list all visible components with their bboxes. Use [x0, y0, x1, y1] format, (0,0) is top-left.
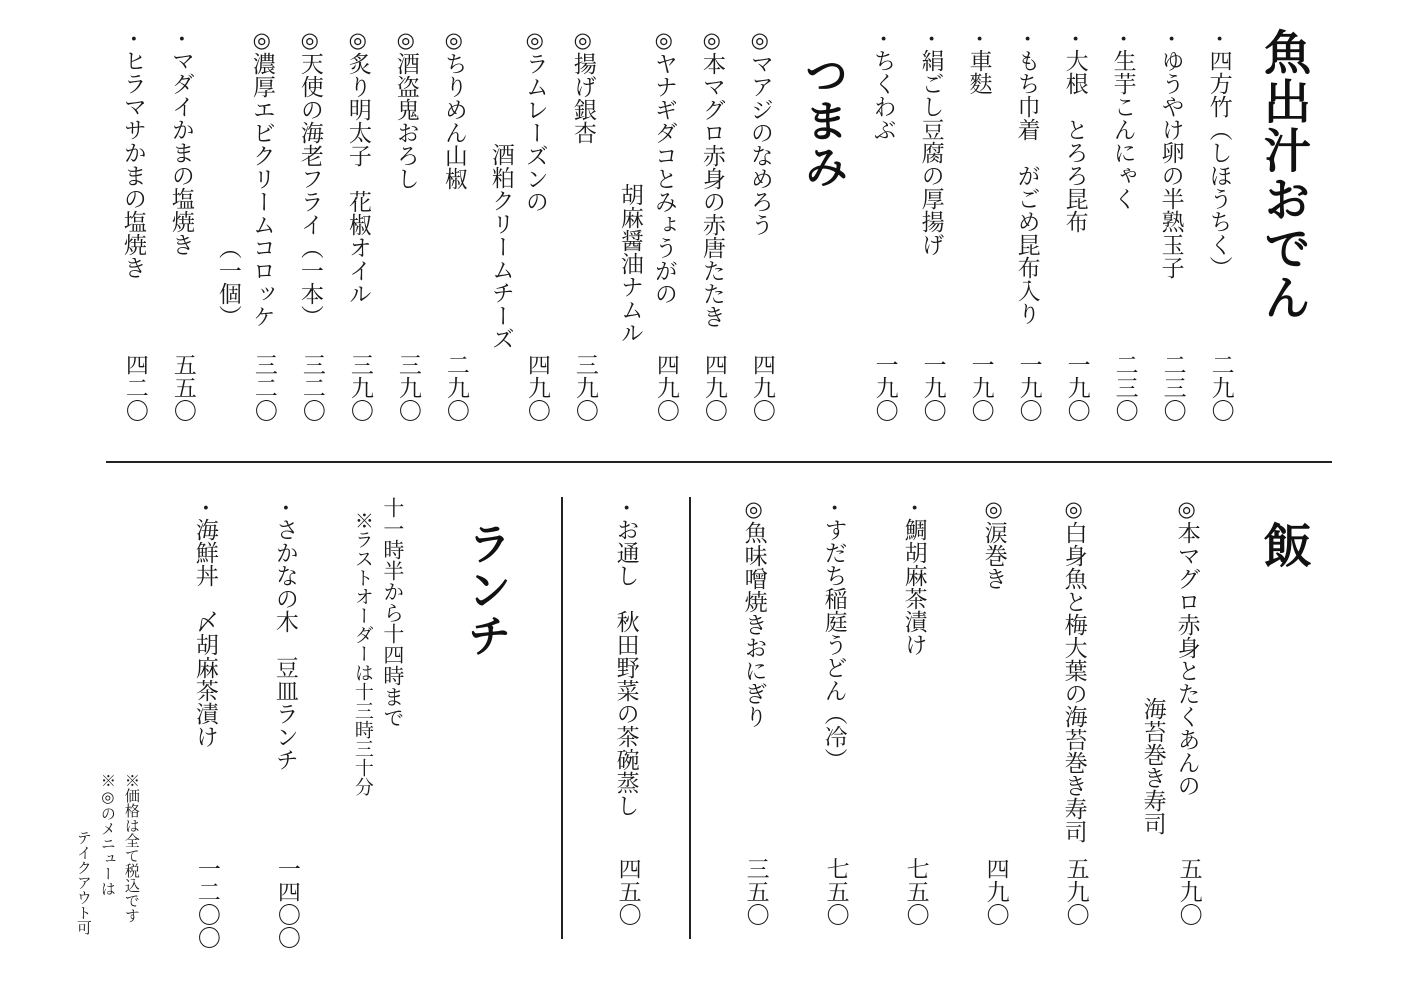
item-name: もち巾着 がごめ昆布入り: [1015, 49, 1040, 325]
item-price: 二三〇: [1161, 353, 1185, 422]
item-name: マアジのなめろう: [748, 52, 773, 236]
item-price: 一二〇〇: [195, 857, 219, 949]
item-name: 生芋こんにゃく: [1111, 49, 1136, 210]
bullet-icon: ・: [822, 497, 846, 518]
item-name: 絹ごし豆腐の厚揚げ: [919, 49, 944, 256]
menu-item: ・お通し 秋田野菜の茶碗蒸し 四五〇: [609, 497, 643, 959]
note-tax: ※価格は全て税込です: [119, 773, 142, 959]
menu-item: ◎ちりめん山椒 二九〇: [437, 28, 471, 430]
item-name: 魚味噌焼きおにぎり: [742, 521, 767, 728]
item-name: 大根 とろろ昆布: [1063, 49, 1088, 233]
bullet-icon: ・: [902, 497, 926, 518]
item-name: マダイかまの塩焼き: [169, 49, 194, 256]
bullet-icon: ・: [871, 28, 895, 49]
menu-item: ◎魚味噌焼きおにぎり 三五〇: [737, 497, 771, 959]
item-name: 鯛胡麻茶漬け: [902, 518, 927, 656]
menu-item: ・鯛胡麻茶漬け 七五〇: [897, 497, 931, 959]
menu-item: ・ゆうやけ卵の半熟玉子 二三〇: [1154, 28, 1188, 430]
bullet-icon: ・: [919, 28, 943, 49]
menu-item: ・絹ごし豆腐の厚揚げ 一九〇: [914, 28, 948, 430]
menu-item: ◎炙り明太子 花椒オイル 三九〇: [341, 28, 375, 430]
menu-item: ◎涙巻き 四九〇: [977, 497, 1011, 959]
item-name: 天使の海老フライ（一本）: [298, 52, 323, 328]
note-takeout-line2: テイクアウト可: [71, 773, 94, 959]
oden-section-title: 魚出汁おでん: [1250, 28, 1316, 430]
item-name: 濃厚エビクリームコロッケ: [250, 52, 275, 328]
item-name: 本マグロ赤身とたくあんの: [1175, 521, 1200, 797]
item-price: 五九〇: [1064, 857, 1088, 926]
double-circle-icon: ◎: [298, 28, 322, 52]
bullet-icon: ・: [1207, 28, 1231, 49]
item-name: ヒラマサかまの塩焼き: [121, 49, 146, 279]
meshi-section-title: 飯: [1250, 521, 1316, 959]
menu-item: ◎ラムレーズンの 酒粕クリームチーズ 四九〇: [485, 28, 552, 430]
menu-item: ◎ヤナギダコとみょうがの 胡麻醤油ナムル 四九〇: [614, 28, 681, 430]
menu-item: ・大根 とろろ昆布 一九〇: [1058, 28, 1092, 430]
menu-page: 魚出汁おでん ・四方竹（しほうちく） 二九〇 ・ゆうやけ卵の半熟玉子 二三〇 ・…: [0, 0, 1416, 1002]
bullet-icon: ・: [1015, 28, 1039, 49]
double-circle-icon: ◎: [742, 497, 766, 521]
menu-item: ・生芋こんにゃく 二三〇: [1106, 28, 1140, 430]
item-name: 本マグロ赤身の赤唐たたき: [700, 52, 725, 328]
item-price: 一九〇: [1017, 353, 1041, 422]
item-price: 一四〇〇: [275, 857, 299, 949]
footnotes: ※価格は全て税込です ※◎のメニューは テイクアウト可: [71, 497, 142, 959]
item-price: 三二〇: [300, 353, 324, 422]
menu-item: ・もち巾着 がごめ昆布入り 一九〇: [1010, 28, 1044, 430]
bullet-icon: ・: [121, 28, 145, 49]
item-price: 四九〇: [750, 353, 774, 422]
bullet-icon: ・: [273, 497, 297, 518]
bullet-icon: ・: [614, 497, 638, 518]
item-price: 四九〇: [984, 857, 1008, 926]
menu-item: ◎天使の海老フライ（一本） 三二〇: [293, 28, 327, 430]
menu-item: ◎本マグロ赤身とたくあんの 海苔巻き寿司 五九〇: [1137, 497, 1204, 959]
vertical-divider: [561, 497, 563, 939]
bullet-icon: ・: [967, 28, 991, 49]
bullet-icon: ・: [1159, 28, 1183, 49]
double-circle-icon: ◎: [1175, 497, 1199, 521]
item-name-line2: 酒粕クリームチーズ: [489, 143, 514, 350]
note-takeout-line1: ※◎のメニューは: [95, 773, 118, 959]
tsumami-section-title: つまみ: [791, 52, 852, 430]
item-price: 三九〇: [396, 353, 420, 422]
item-name-line2: 海苔巻き寿司: [1141, 697, 1166, 835]
lunch-hours-text: 十一時半から十四時まで: [381, 497, 405, 728]
item-name: 海鮮丼 〆胡麻茶漬け: [193, 518, 218, 748]
item-name: さかなの木 豆皿ランチ: [273, 518, 298, 771]
double-circle-icon: ◎: [394, 28, 418, 52]
bullet-icon: ・: [1063, 28, 1087, 49]
item-price: 二九〇: [444, 353, 468, 422]
item-price: 五九〇: [1177, 857, 1201, 926]
menu-item: ◎本マグロ赤身の赤唐たたき 四九〇: [695, 28, 729, 430]
item-price: 四九〇: [702, 353, 726, 422]
menu-item: ・さかなの木 豆皿ランチ 一四〇〇: [268, 497, 302, 959]
item-name: 涙巻き: [982, 521, 1007, 590]
item-name: ちくわぶ: [871, 49, 896, 141]
item-price: 四九〇: [525, 353, 549, 422]
item-price: 一九〇: [921, 353, 945, 422]
item-price: 二三〇: [1113, 353, 1137, 422]
item-price: 二九〇: [1209, 353, 1233, 422]
menu-item: ・車麩 一九〇: [962, 28, 996, 430]
menu-item: ◎揚げ銀杏 三九〇: [566, 28, 600, 430]
vertical-divider: [689, 497, 691, 939]
double-circle-icon: ◎: [700, 28, 724, 52]
lunch-section-title: ランチ: [454, 521, 515, 959]
item-price: 一九〇: [873, 353, 897, 422]
menu-item: ・ヒラマサかまの塩焼き 四二〇: [116, 28, 150, 430]
menu-item: ・マダイかまの塩焼き 五五〇: [164, 28, 198, 430]
double-circle-icon: ◎: [571, 28, 595, 52]
bullet-icon: ・: [193, 497, 217, 518]
item-name: ヤナギダコとみょうがの: [652, 52, 677, 305]
item-price: 七五〇: [824, 857, 848, 926]
double-circle-icon: ◎: [982, 497, 1006, 521]
item-name: 車麩: [967, 49, 992, 95]
double-circle-icon: ◎: [1062, 497, 1086, 521]
item-name-line2: 胡麻醤油ナムル: [618, 183, 643, 344]
menu-item: ・ちくわぶ 一九〇: [866, 28, 900, 430]
item-price: 七五〇: [904, 857, 928, 926]
item-name: ゆうやけ卵の半熟玉子: [1159, 49, 1184, 279]
horizontal-divider: [106, 461, 1332, 463]
menu-item: ◎酒盗鬼おろし 三九〇: [389, 28, 423, 430]
menu-item: ◎濃厚エビクリームコロッケ （一個） 三二〇: [212, 28, 279, 430]
item-name: お通し 秋田野菜の茶碗蒸し: [614, 518, 639, 817]
double-circle-icon: ◎: [442, 28, 466, 52]
menu-item: ・海鮮丼 〆胡麻茶漬け 一二〇〇: [188, 497, 222, 959]
item-name: ちりめん山椒: [442, 52, 467, 190]
item-name: 炙り明太子 花椒オイル: [346, 52, 371, 305]
item-price: 三九〇: [573, 353, 597, 422]
item-price: 三九〇: [348, 353, 372, 422]
item-price: 四二〇: [123, 353, 147, 422]
menu-item: ◎マアジのなめろう 四九〇: [743, 28, 777, 430]
item-name: 白身魚と梅大葉の海苔巻き寿司: [1062, 521, 1087, 843]
bullet-icon: ・: [1111, 28, 1135, 49]
item-price: 一九〇: [969, 353, 993, 422]
item-price: 三五〇: [744, 857, 768, 926]
bullet-icon: ・: [169, 28, 193, 49]
item-price: 四五〇: [616, 857, 640, 926]
item-price: 三二〇: [252, 353, 276, 422]
item-name: すだち稲庭うどん（冷）: [822, 518, 847, 771]
menu-item: ・四方竹（しほうちく） 二九〇: [1202, 28, 1236, 430]
item-name: 揚げ銀杏: [571, 52, 596, 144]
double-circle-icon: ◎: [748, 28, 772, 52]
item-name-line2: （一個）: [216, 236, 241, 328]
item-price: 五五〇: [171, 353, 195, 422]
item-name: 四方竹（しほうちく）: [1207, 49, 1232, 279]
lunch-last-order-text: ※ラストオーダーは十三時三十分: [352, 511, 373, 796]
lunch-hours: 十一時半から十四時まで ※ラストオーダーは十三時三十分: [348, 497, 408, 959]
double-circle-icon: ◎: [523, 28, 547, 52]
section-oden-tsumami: 魚出汁おでん ・四方竹（しほうちく） 二九〇 ・ゆうやけ卵の半熟玉子 二三〇 ・…: [90, 28, 1316, 430]
menu-item: ・すだち稲庭うどん（冷） 七五〇: [817, 497, 851, 959]
menu-item: ◎白身魚と梅大葉の海苔巻き寿司 五九〇: [1057, 497, 1091, 959]
item-name: 酒盗鬼おろし: [394, 52, 419, 190]
item-price: 一九〇: [1065, 353, 1089, 422]
double-circle-icon: ◎: [652, 28, 676, 52]
section-meshi-lunch: 飯 ◎本マグロ赤身とたくあんの 海苔巻き寿司 五九〇 ◎白身魚と梅大葉の海苔巻き…: [64, 497, 1316, 959]
double-circle-icon: ◎: [346, 28, 370, 52]
double-circle-icon: ◎: [250, 28, 274, 52]
item-price: 四九〇: [654, 353, 678, 422]
item-name: ラムレーズンの: [523, 52, 548, 213]
